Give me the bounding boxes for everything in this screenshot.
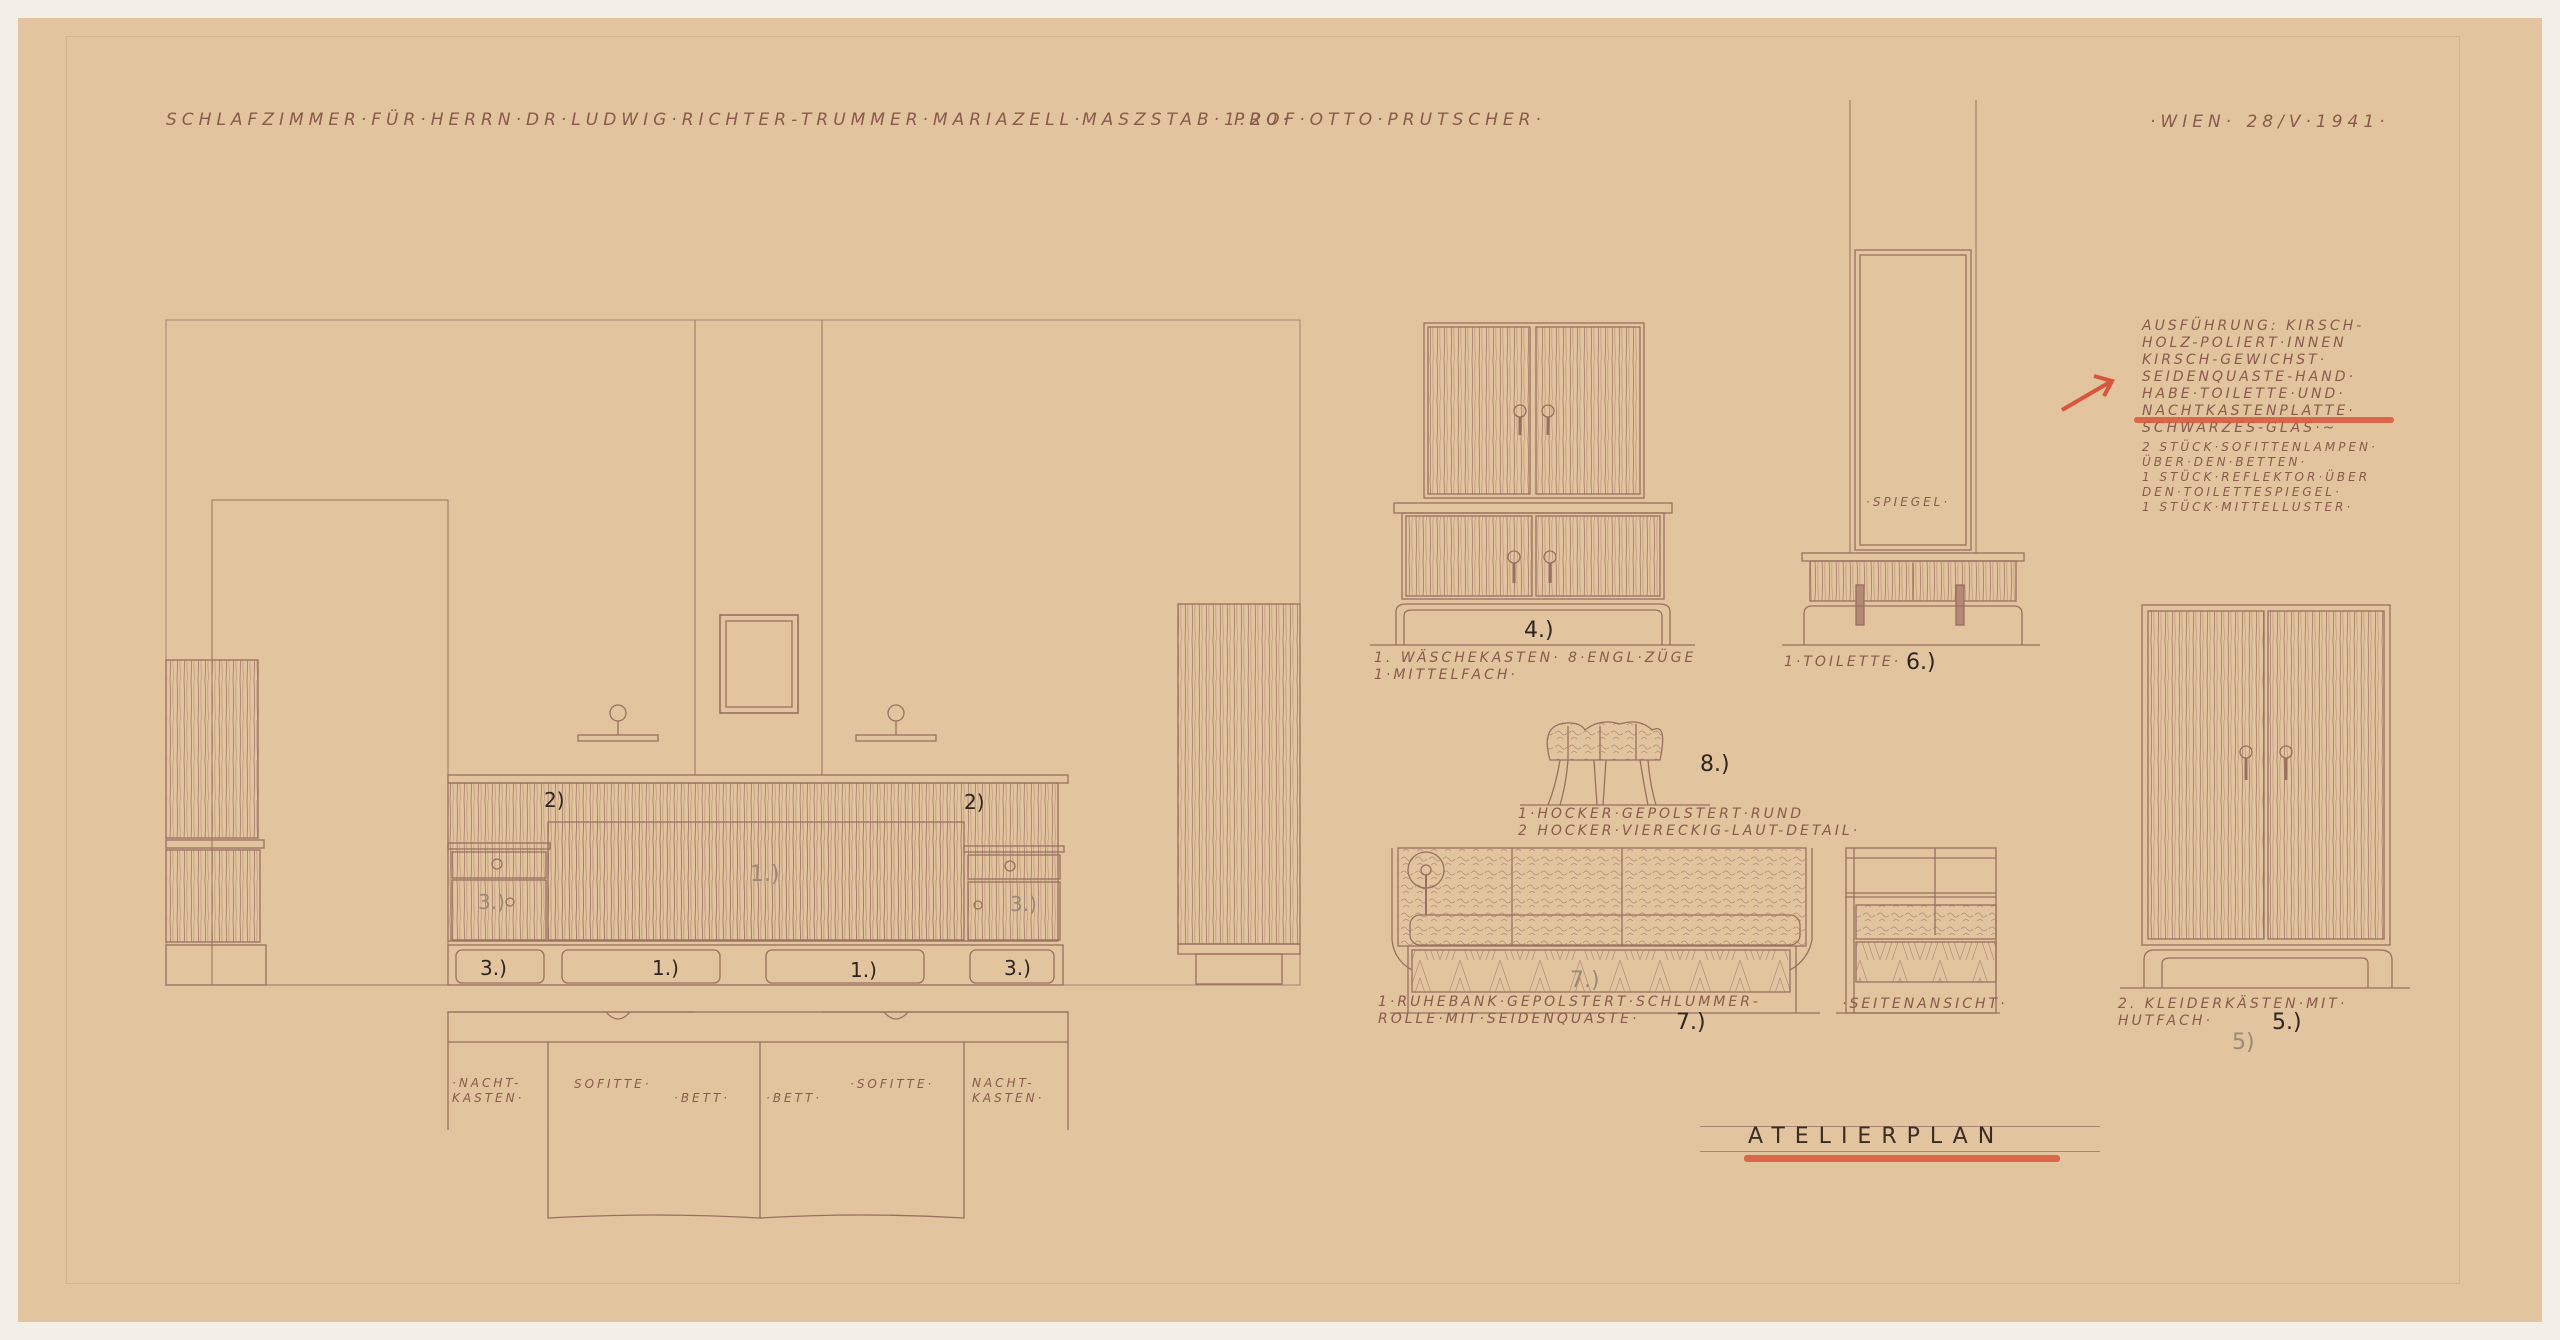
note-line: HABE·TOILETTE·UND·: [2142, 386, 2364, 403]
label-bed-center: 1.): [750, 862, 780, 887]
item-8-caption: 1·HOCKER·GEPOLSTERT·RUND 2 HOCKER·VIEREC…: [1518, 806, 1860, 840]
caption-line: 2. KLEIDERKÄSTEN·MIT·: [2118, 996, 2347, 1013]
label-nightstand-left: 3.): [480, 956, 507, 980]
wardrobe-drawing: [2120, 605, 2410, 988]
label-nightstand-right: 3.): [1004, 956, 1031, 980]
item-6-caption: 1·TOILETTE·: [1784, 654, 1901, 671]
item-7-number: 7.): [1676, 1010, 1706, 1035]
item-5-number: 5.): [2272, 1010, 2302, 1035]
plan-label-line: NACHT-: [972, 1076, 1044, 1091]
note-line: 1 STÜCK·MITTELLUSTER·: [2142, 500, 2378, 515]
label-bed-right: 1.): [850, 958, 877, 982]
line-drawing: [0, 0, 2560, 1340]
item-6-number: 6.): [1906, 650, 1936, 675]
plan-label-line: ·NACHT-: [452, 1076, 524, 1091]
plan-label-bed-left: ·BETT·: [674, 1090, 730, 1107]
item-8-number: 8.): [1700, 752, 1730, 777]
label-headboard-left: 2): [544, 788, 565, 812]
side-view-label: ·SEITENANSICHT·: [1842, 996, 2008, 1013]
plan-label-line: KASTEN·: [452, 1091, 524, 1106]
note-line: 2 STÜCK·SOFITTENLAMPEN·: [2142, 440, 2378, 455]
note-line: KIRSCH-GEWICHST·: [2142, 352, 2364, 369]
caption-line: 1. WÄSCHEKASTEN· 8·ENGL·ZÜGE: [1374, 650, 1696, 667]
plan-label-sofitte-right: ·SOFITTE·: [850, 1076, 934, 1093]
lighting-notes: 2 STÜCK·SOFITTENLAMPEN· ÜBER·DEN·BETTEN·…: [2142, 440, 2378, 515]
caption-line: 1·RUHEBANK·GEPOLSTERT·SCHLUMMER-: [1378, 994, 1761, 1011]
caption-line: 1·MITTELFACH·: [1374, 667, 1696, 684]
author-label: PROF·OTTO·PRUTSCHER·: [1234, 110, 1546, 130]
item-4-number: 4.): [1524, 618, 1554, 643]
daybed-drawing: [1390, 848, 2000, 1013]
bedroom-elevation: [166, 320, 1300, 1218]
place-date-label: ·WIEN· 28/V·1941·: [2150, 112, 2390, 132]
caption-line: HUTFACH·: [2118, 1013, 2347, 1030]
stool-drawing: [1520, 722, 1710, 805]
caption-line: 1·HOCKER·GEPOLSTERT·RUND: [1518, 806, 1860, 823]
dressing-table-drawing: [1782, 100, 2040, 645]
label-headboard-right: 2): [964, 790, 985, 814]
note-line: HOLZ-POLIERT·INNEN: [2142, 335, 2364, 352]
note-line: 1 STÜCK·REFLEKTOR·ÜBER: [2142, 470, 2378, 485]
item-4-caption: 1. WÄSCHEKASTEN· 8·ENGL·ZÜGE 1·MITTELFAC…: [1374, 650, 1696, 684]
plan-label-nightstand-right: NACHT- KASTEN·: [972, 1076, 1044, 1106]
red-underline-stamp: [1744, 1155, 2060, 1162]
sheet-title: SCHLAFZIMMER·FÜR·HERRN·DR·LUDWIG·RICHTER…: [166, 110, 1084, 130]
atelierplan-stamp: ATELIERPLAN: [1748, 1124, 2004, 1149]
item-5-number-faint: 5): [2232, 1030, 2255, 1055]
note-line: DEN·TOILETTESPIEGEL·: [2142, 485, 2378, 500]
note-line: AUSFÜHRUNG: KIRSCH-: [2142, 318, 2364, 335]
label-nightstand-door-right: 3.): [1010, 892, 1037, 916]
item-7-number-faint: 7.): [1570, 968, 1600, 993]
note-line: ÜBER·DEN·BETTEN·: [2142, 455, 2378, 470]
red-arrow: [2062, 376, 2112, 410]
plan-label-nightstand-left: ·NACHT- KASTEN·: [452, 1076, 524, 1106]
mirror-label: ·SPIEGEL·: [1866, 494, 1950, 511]
label-nightstand-door-left: 3.): [478, 890, 505, 914]
plan-label-bed-right: ·BETT·: [766, 1090, 822, 1107]
plan-label-line: KASTEN·: [972, 1091, 1044, 1106]
label-bed-left: 1.): [652, 956, 679, 980]
red-underline-notes: [2134, 417, 2394, 423]
item-5-caption: 2. KLEIDERKÄSTEN·MIT· HUTFACH·: [2118, 996, 2347, 1030]
linen-cabinet-drawing: [1370, 323, 1695, 645]
caption-line: 2 HOCKER·VIERECKIG-LAUT-DETAIL·: [1518, 823, 1860, 840]
plan-label-sofitte-left: SOFITTE·: [574, 1076, 652, 1093]
note-line: SEIDENQUASTE-HAND·: [2142, 369, 2364, 386]
